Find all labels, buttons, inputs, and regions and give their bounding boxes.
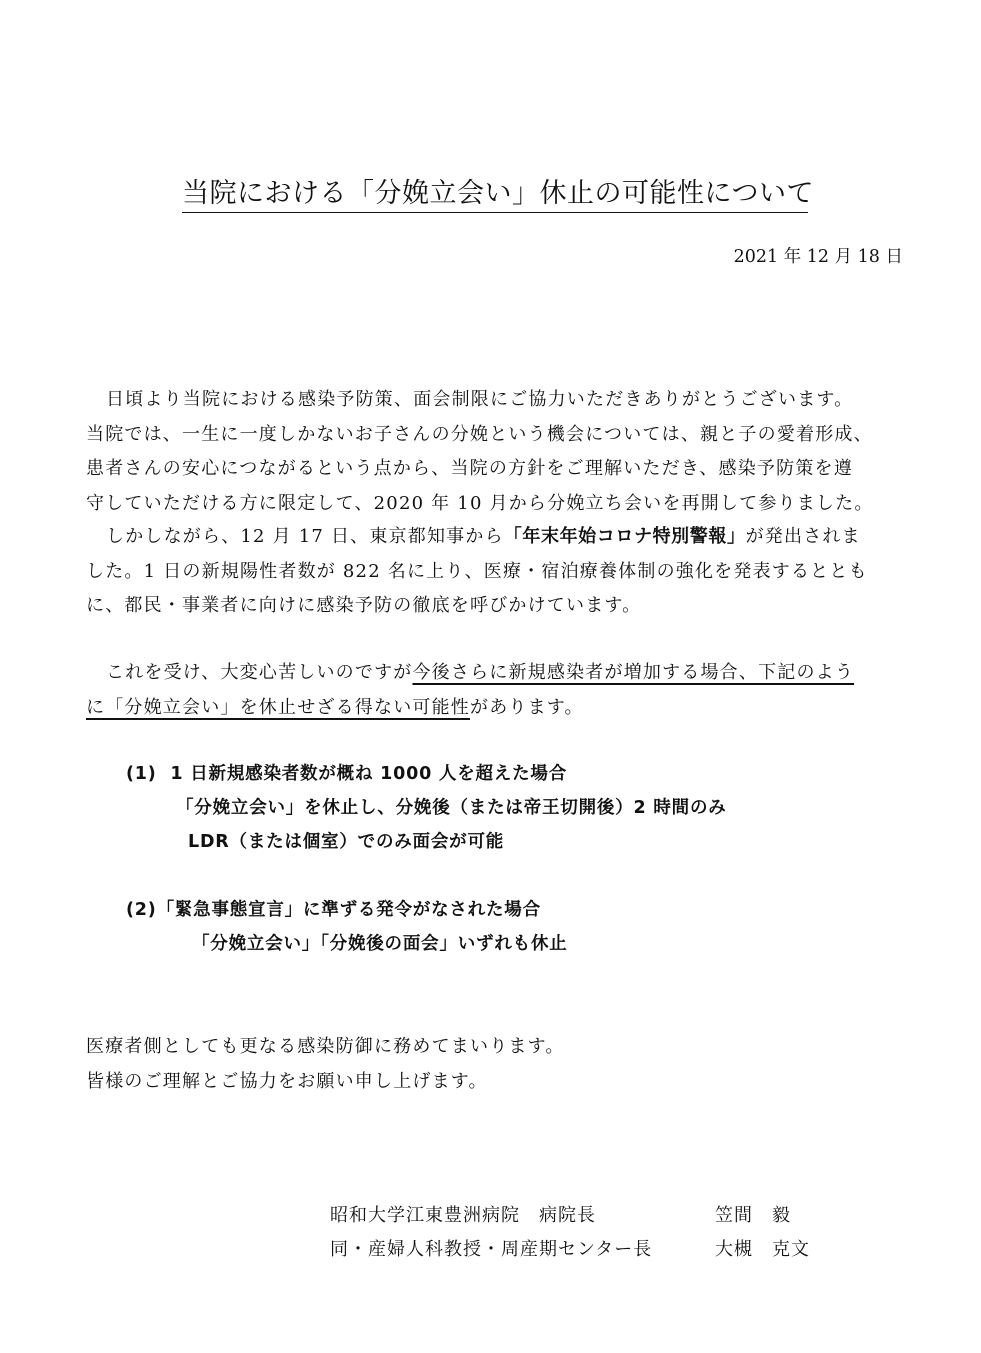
condition-text: 「緊急事態宣言」に準ずる発令がなされた場合 — [157, 900, 541, 920]
signature-block: 昭和大学江東豊洲病院 病院長 笠間 毅 同・産婦人科教授・周産期センター長 大槻… — [330, 1199, 810, 1267]
paragraph-line: しかしながら、12 月 17 日、東京都知事から「年末年始コロナ特別警報」が発出… — [86, 520, 906, 555]
underlined-text: に「分娩立会い」を休止せざる得ない可能性 — [86, 697, 470, 718]
signature-row: 同・産婦人科教授・周産期センター長 大槻 克文 — [330, 1233, 810, 1267]
condition-1: (1) 1 日新規感染者数が概ね 1000 人を超えた場合 「分娩立会い」を休止… — [126, 757, 727, 859]
underlined-text: 今後さらに新規感染者が増加する場合、下記のよう — [412, 662, 854, 683]
paragraph-line: 当院では、一生に一度しかないお子さんの分娩という機会については、親と子の愛着形成… — [86, 418, 906, 453]
paragraph-notice: これを受け、大変心苦しいのですが今後さらに新規感染者が増加する場合、下記のよう … — [86, 656, 906, 725]
closing-line: 医療者側としても更なる感染防御に務めてまいります。 — [86, 1030, 906, 1065]
condition-detail: 「分娩立会い」「分娩後の面会」いずれも休止 — [126, 927, 568, 961]
paragraph-line: に、都民・事業者に向けに感染予防の徹底を呼びかけています。 — [86, 589, 906, 624]
condition-heading: (1) 1 日新規感染者数が概ね 1000 人を超えた場合 — [126, 757, 727, 791]
condition-heading: (2)「緊急事態宣言」に準ずる発令がなされた場合 — [126, 893, 568, 927]
paragraph-line: 守していただける方に限定して、2020 年 10 月から分娩立ち会いを再開して参… — [86, 487, 906, 522]
condition-number: (2) — [126, 900, 157, 920]
signature-name: 笠間 毅 — [715, 1199, 791, 1233]
text-segment: があります。 — [470, 697, 584, 718]
paragraph-alert: しかしながら、12 月 17 日、東京都知事から「年末年始コロナ特別警報」が発出… — [86, 520, 906, 624]
signature-organization: 昭和大学江東豊洲病院 病院長 — [330, 1199, 715, 1233]
alert-name-bold: 「年末年始コロナ特別警報」 — [504, 526, 746, 547]
paragraph-line: これを受け、大変心苦しいのですが今後さらに新規感染者が増加する場合、下記のよう — [86, 656, 906, 691]
document-title: 当院における「分娩立会い」休止の可能性について — [182, 176, 808, 213]
paragraph-intro: 日頃より当院における感染予防策、面会制限にご協力いただきありがとうございます。 … — [86, 383, 906, 521]
text-segment: しかしながら、12 月 17 日、東京都知事から — [106, 526, 504, 547]
closing-line: 皆様のご理解とご協力をお願い申し上げます。 — [86, 1065, 906, 1100]
paragraph-line: に「分娩立会い」を休止せざる得ない可能性があります。 — [86, 691, 906, 726]
text-segment: これを受け、大変心苦しいのですが — [106, 662, 412, 683]
paragraph-line: 日頃より当院における感染予防策、面会制限にご協力いただきありがとうございます。 — [86, 383, 906, 418]
condition-number: (1) — [126, 764, 157, 784]
condition-detail: 「分娩立会い」を休止し、分娩後（または帝王切開後）2 時間のみ — [126, 791, 727, 825]
paragraph-line: した。1 日の新規陽性者数が 822 名に上り、医療・宿泊療養体制の強化を発表す… — [86, 555, 906, 590]
closing-remarks: 医療者側としても更なる感染防御に務めてまいります。 皆様のご理解とご協力をお願い… — [86, 1030, 906, 1099]
signature-organization: 同・産婦人科教授・周産期センター長 — [330, 1233, 715, 1267]
document-date: 2021 年 12 月 18 日 — [734, 244, 903, 270]
condition-2: (2)「緊急事態宣言」に準ずる発令がなされた場合 「分娩立会い」「分娩後の面会」… — [126, 893, 568, 961]
condition-text: 1 日新規感染者数が概ね 1000 人を超えた場合 — [170, 764, 567, 784]
signature-name: 大槻 克文 — [715, 1233, 810, 1267]
paragraph-line: 患者さんの安心につながるという点から、当院の方針をご理解いただき、感染予防策を遵 — [86, 452, 906, 487]
text-segment: が発出されま — [746, 526, 861, 547]
signature-row: 昭和大学江東豊洲病院 病院長 笠間 毅 — [330, 1199, 810, 1233]
condition-detail: LDR（または個室）でのみ面会が可能 — [126, 825, 727, 859]
